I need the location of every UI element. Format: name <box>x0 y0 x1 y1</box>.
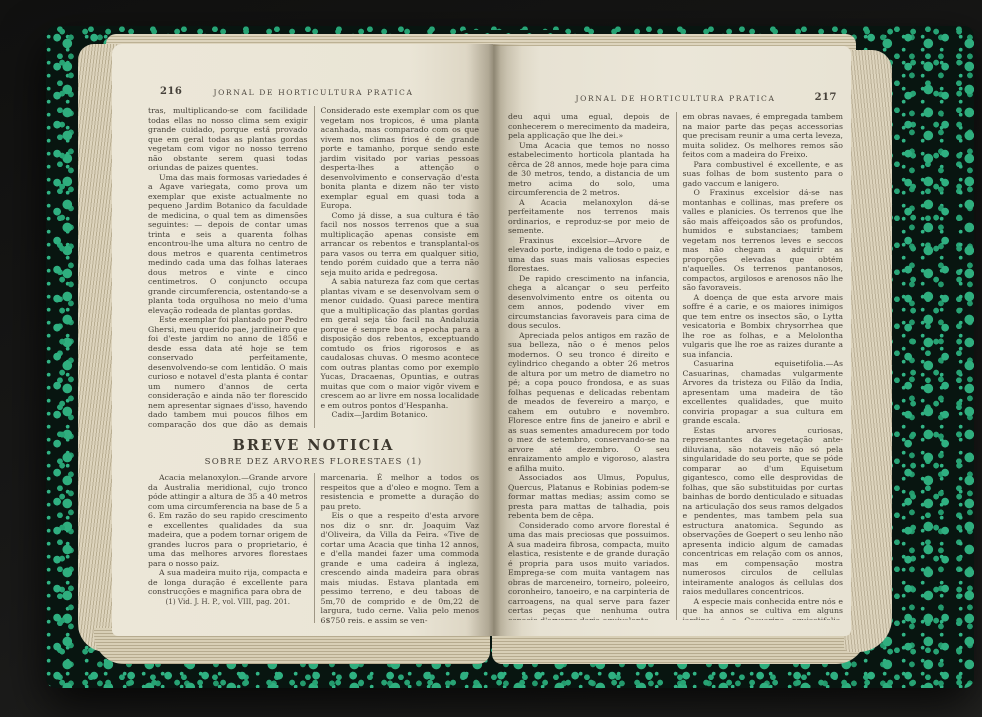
paragraph: Uma Acacia que temos no nosso estabeleci… <box>508 141 670 198</box>
running-title-right: JORNAL DE HORTICULTURA PRATICA <box>508 94 843 103</box>
left-top-column-1: tras, multiplicando-se com facilidade to… <box>148 106 314 428</box>
paragraph: tras, multiplicando-se com facilidade to… <box>148 106 308 173</box>
paragraph: A sabia natureza faz com que certas plan… <box>321 277 480 410</box>
left-page-content: 216 JORNAL DE HORTICULTURA PRATICA tras,… <box>148 86 479 618</box>
footnote: (1) Vid. J. H. P., vol. VIII, pag. 201. <box>148 597 308 624</box>
paragraph: A Acacia melanoxylon dá-se perfeitamente… <box>508 198 670 236</box>
paragraph: Cadix—Jardim Botanico. <box>321 410 480 420</box>
paragraph: Eis o que a respeito d'esta arvore nos d… <box>321 511 480 623</box>
paragraph: Como já disse, a sua cultura é tão facil… <box>321 211 480 278</box>
paragraph: Fraxinus excelsior—Arvore de elevado por… <box>508 236 670 274</box>
left-top-column-2: Considerado este exemplar com os que veg… <box>314 106 480 428</box>
paragraph: Casuarina equisetifolia.—As Casuarinas, … <box>683 359 844 426</box>
paragraph: Considerado este exemplar com os que veg… <box>321 106 480 211</box>
paragraph: Apreciada pelos antigos em razão de sua … <box>508 331 670 474</box>
book-page-left: 216 JORNAL DE HORTICULTURA PRATICA tras,… <box>112 44 493 636</box>
right-page-header: JORNAL DE HORTICULTURA PRATICA 217 <box>508 92 843 105</box>
paragraph: A especie mais conhecida entre nós e que… <box>683 597 844 621</box>
paragraph: deu aqui uma egual, depois de conhecerem… <box>508 112 670 141</box>
paragraph: em obras navaes, é empregada tambem na m… <box>683 112 844 160</box>
paragraph: marcenaria. É melhor a todos os respeito… <box>321 473 480 511</box>
left-page-header: 216 JORNAL DE HORTICULTURA PRATICA <box>148 86 479 99</box>
right-page-section: deu aqui uma egual, depois de conhecerem… <box>508 112 843 620</box>
paragraph: Este exemplar foi plantado por Pedro Ghe… <box>148 315 308 428</box>
paragraph: Estas arvores curiosas, representantes d… <box>683 426 844 597</box>
right-column-2: em obras navaes, é empregada tambem na m… <box>676 112 844 620</box>
article-title: BREVE NOTICIA <box>148 437 479 454</box>
paragraph: Associados aos Ulmus, Populus, Quercus, … <box>508 473 670 521</box>
paragraph: Acacia melanoxylon.—Grande arvore da Aus… <box>148 473 308 568</box>
column-paragraphs: Acacia melanoxylon.—Grande arvore da Aus… <box>148 473 308 597</box>
paragraph: Para combustivel é excellente, e as suas… <box>683 160 844 189</box>
left-bottom-column-1: Acacia melanoxylon.—Grande arvore da Aus… <box>148 473 314 623</box>
page-number-right: 217 <box>815 92 837 103</box>
photo-backdrop: 216 JORNAL DE HORTICULTURA PRATICA tras,… <box>0 0 982 717</box>
paragraph: Considerado como arvore florestal é uma … <box>508 521 670 621</box>
paragraph: O Fraxinus excelsior dá-se nas montanhas… <box>683 188 844 293</box>
left-bottom-column-2: marcenaria. É melhor a todos os respeito… <box>314 473 480 623</box>
column-paragraphs: Considerado este exemplar com os que veg… <box>321 106 480 420</box>
paragraph: A doença de que esta arvore mais soffre … <box>683 293 844 360</box>
page-fore-edge-right <box>844 50 892 652</box>
article-subtitle: SOBRE DEZ ARVORES FLORESTAES (1) <box>148 457 479 467</box>
author-signature: Francisco Ghersi. <box>321 427 480 429</box>
running-title-left: JORNAL DE HORTICULTURA PRATICA <box>148 88 479 97</box>
paragraph: A sua madeira muito rija, compacta e de … <box>148 568 308 597</box>
right-column-1: deu aqui uma egual, depois de conhecerem… <box>508 112 676 620</box>
book-page-right: JORNAL DE HORTICULTURA PRATICA 217 deu a… <box>493 46 851 636</box>
right-page-content: JORNAL DE HORTICULTURA PRATICA 217 deu a… <box>508 92 843 618</box>
paragraph: Uma das mais formosas variedades é a Aga… <box>148 173 308 316</box>
left-page-bottom-section: Acacia melanoxylon.—Grande arvore da Aus… <box>148 473 479 623</box>
paragraph: De rapido crescimento na infancia, chega… <box>508 274 670 331</box>
left-page-top-section: tras, multiplicando-se com facilidade to… <box>148 106 479 428</box>
